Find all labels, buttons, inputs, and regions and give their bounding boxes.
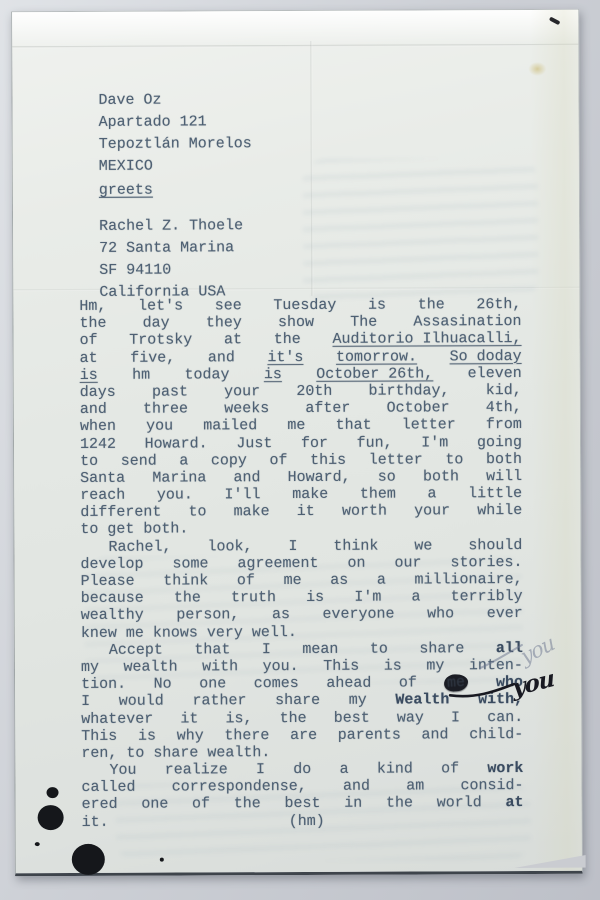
letter-line: becausethetruthisI'materribly bbox=[81, 588, 523, 607]
letter-line: 1242Howard.Justforfun,I'mgoing bbox=[80, 434, 522, 453]
letter-line: ishmtodayisOctober 26th,eleven bbox=[80, 365, 522, 384]
letter-line: Pleasethinkofmeasamillionaire, bbox=[81, 571, 523, 590]
letter-line: it. (hm) bbox=[82, 812, 524, 831]
sender-address: Dave OzApartado 121Tepoztlán MorelosMEXI… bbox=[98, 89, 251, 178]
handwritten-strike-stroke bbox=[430, 625, 600, 721]
letter-line: SantaMarinaandHoward,sobothwill bbox=[80, 468, 522, 487]
sender-line: MEXICO bbox=[99, 155, 252, 178]
letter-line: atfive,andit'stomorrow.So doday bbox=[80, 348, 522, 367]
letter-line: Hm,let'sseeTuesdayisthe26th, bbox=[79, 296, 521, 315]
letter-line: reachyou.I'llmakethemalittle bbox=[80, 485, 522, 504]
salutation: greets bbox=[99, 180, 153, 202]
letter-line: wealthyperson,aseveryonewhoever bbox=[81, 605, 523, 624]
letter-line: developsomeagreementonourstories. bbox=[80, 554, 522, 573]
paper-top-fold bbox=[12, 10, 578, 46]
yellow-stain bbox=[528, 62, 546, 76]
recipient-line: 72 Santa Marina bbox=[99, 237, 243, 260]
letter-line: Rachel,look,Ithinkweshould bbox=[80, 537, 522, 556]
letter-line: YourealizeIdoakindofwork bbox=[81, 760, 523, 779]
ink-speck bbox=[160, 858, 164, 862]
sender-line: Dave Oz bbox=[98, 89, 251, 112]
paper-right-shading bbox=[530, 10, 582, 871]
ink-bleedthrough-smudge bbox=[303, 158, 539, 301]
ink-blot bbox=[38, 805, 64, 830]
recipient-address: Rachel Z. Thoele72 Santa MarinaSF 94110C… bbox=[99, 215, 243, 304]
letter-line: Thisiswhythereareparentsandchild- bbox=[81, 726, 523, 745]
letter-line: whenyoumailedmethatletterfrom bbox=[80, 416, 522, 435]
letter-line: dayspastyour20thbirthday,kid, bbox=[80, 382, 522, 401]
letter-line: ofTrotskyattheAuditorio Ilhuacalli, bbox=[80, 330, 522, 349]
recipient-line: SF 94110 bbox=[99, 259, 243, 282]
letter-line: tosendacopyofthislettertoboth bbox=[80, 451, 522, 470]
letter-line: to get both. bbox=[80, 519, 522, 538]
sender-line: Apartado 121 bbox=[99, 111, 252, 134]
letter-line: eredoneofthebestintheworldat bbox=[82, 794, 524, 813]
letter-line: ren, to share wealth. bbox=[81, 743, 523, 762]
letter-body: Hm,let'sseeTuesdayisthe26th,thedaytheysh… bbox=[79, 296, 523, 831]
ink-blot bbox=[47, 787, 59, 798]
photo-of-typewritten-letter: { "photo": { "colors": { "background": "… bbox=[0, 0, 600, 900]
sender-line: Tepoztlán Morelos bbox=[99, 133, 252, 156]
ink-speck bbox=[35, 842, 40, 846]
letter-line: differenttomakeitworthyourwhile bbox=[80, 502, 522, 521]
recipient-line: Rachel Z. Thoele bbox=[99, 215, 243, 238]
ink-blot bbox=[72, 844, 105, 875]
letter-paper: Dave OzApartado 121Tepoztlán MorelosMEXI… bbox=[11, 9, 583, 876]
